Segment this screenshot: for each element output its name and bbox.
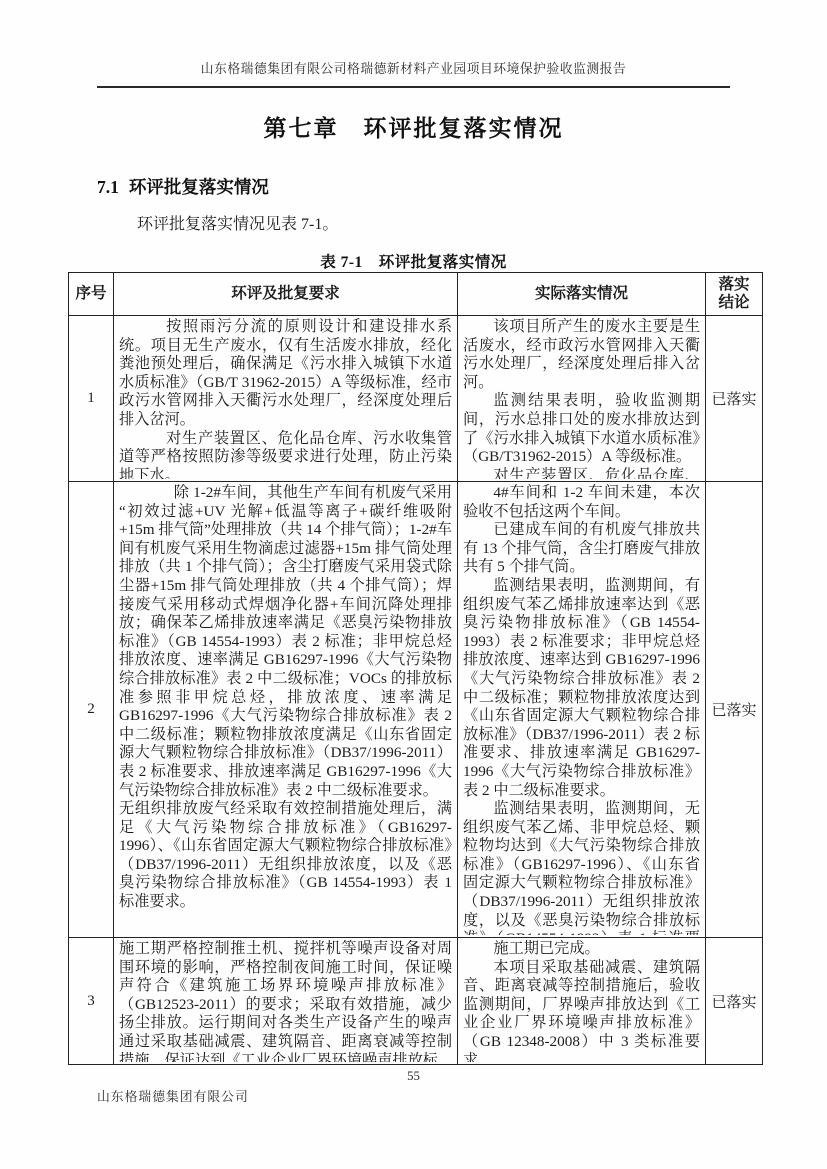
document-page: 山东格瑞德集团有限公司格瑞德新材料产业园项目环境保护验收监测报告 第七章 环评批…	[0, 0, 827, 1169]
paragraph: 按照雨污分流的原则设计和建设排水系统。项目无生产废水，仅有生活废水排放，经化粪池…	[119, 318, 452, 430]
paragraph: 该项目所产生的废水主要是生活废水，经市政污水管网排入天衢污水处理厂，经深度处理后…	[463, 318, 700, 392]
table-header-row: 序号 环评及批复要求 实际落实情况 落实结论	[69, 273, 763, 316]
row1-implementation: 该项目所产生的废水主要是生活废水，经市政污水管网排入天衢污水处理厂，经深度处理后…	[458, 316, 706, 482]
section-heading: 7.1环评批复落实情况	[97, 174, 269, 199]
paragraph: 除 1-2#车间，其他生产车间有机废气采用“初效过滤+UV 光解+低温等离子+碳…	[119, 484, 452, 800]
table-caption: 表 7-1 环评批复落实情况	[0, 250, 827, 272]
paragraph: 监测结果表明，验收监测期间，污水总排口处的废水排放达到了《污水排入城镇下水道水质…	[463, 392, 700, 466]
paragraph: 本项目采取基础减震、建筑隔音、距离衰减等控制措施后，验收监测期间，厂界噪声排放达…	[463, 959, 700, 1062]
row1-conclusion: 已落实	[706, 316, 763, 482]
paragraph: 对生产装置区、危化品仓库、污水收集管道等严格按照防渗等级要求进行处理，防止污染地…	[119, 430, 452, 479]
row2-implementation: 4#车间和 1-2 车间未建，本次验收不包括这两个车间。 已建成车间的有机废气排…	[458, 482, 706, 938]
table-row: 1 按照雨污分流的原则设计和建设排水系统。项目无生产废水，仅有生活废水排放，经化…	[69, 316, 763, 482]
paragraph: 已建成车间的有机废气排放共有 13 个排气筒，含尘打磨废气排放共有 5 个排气筒…	[463, 521, 700, 577]
row3-requirement: 施工期严格控制推土机、搅拌机等噪声设备对周围环境的影响，严格控制夜间施工时间，保…	[114, 938, 458, 1065]
paragraph: 无组织排放废气经采取有效控制措施处理后，满足《大气污染物综合排放标准》（GB16…	[119, 800, 452, 912]
paragraph: 施工期严格控制推土机、搅拌机等噪声设备对周围环境的影响，严格控制夜间施工时间，保…	[119, 940, 452, 1062]
paragraph: 施工期已完成。	[463, 940, 700, 959]
section-number: 7.1	[97, 177, 119, 197]
col-header-conclusion: 落实结论	[706, 273, 763, 316]
col-header-requirement: 环评及批复要求	[114, 273, 458, 316]
page-number: 55	[0, 1069, 827, 1084]
row3-implementation: 施工期已完成。 本项目采取基础减震、建筑隔音、距离衰减等控制措施后，验收监测期间…	[458, 938, 706, 1065]
paragraph: 监测结果表明，监测期间，无组织废气苯乙烯、非甲烷总烃、颗粒物均达到《大气污染物综…	[463, 800, 700, 935]
row2-conclusion: 已落实	[706, 482, 763, 938]
row1-requirement: 按照雨污分流的原则设计和建设排水系统。项目无生产废水，仅有生活废水排放，经化粪池…	[114, 316, 458, 482]
footer-company: 山东格瑞德集团有限公司	[97, 1086, 249, 1105]
table-row: 3 施工期严格控制推土机、搅拌机等噪声设备对周围环境的影响，严格控制夜间施工时间…	[69, 938, 763, 1065]
row2-seq: 2	[69, 482, 114, 938]
section-title: 环评批复落实情况	[129, 177, 269, 197]
compliance-table: 序号 环评及批复要求 实际落实情况 落实结论 1 按照雨污分流的原则设计和建设排…	[68, 272, 763, 1065]
intro-paragraph: 环评批复落实情况见表 7-1。	[137, 211, 338, 234]
row3-seq: 3	[69, 938, 114, 1065]
col-header-implementation: 实际落实情况	[458, 273, 706, 316]
row1-seq: 1	[69, 316, 114, 482]
col-header-seq: 序号	[69, 273, 114, 316]
running-header-text: 山东格瑞德集团有限公司格瑞德新材料产业园项目环境保护验收监测报告	[201, 62, 627, 76]
chapter-title: 第七章 环评批复落实情况	[0, 110, 827, 143]
paragraph: 4#车间和 1-2 车间未建，本次验收不包括这两个车间。	[463, 484, 700, 521]
running-header: 山东格瑞德集团有限公司格瑞德新材料产业园项目环境保护验收监测报告	[97, 58, 730, 88]
row3-conclusion: 已落实	[706, 938, 763, 1065]
table-row: 2 除 1-2#车间，其他生产车间有机废气采用“初效过滤+UV 光解+低温等离子…	[69, 482, 763, 938]
row2-requirement: 除 1-2#车间，其他生产车间有机废气采用“初效过滤+UV 光解+低温等离子+碳…	[114, 482, 458, 938]
paragraph: 对生产装置区、危化品仓库、污水收集管道等已做严格防渗。	[463, 467, 700, 479]
paragraph: 监测结果表明，监测期间，有组织废气苯乙烯排放速率达到《恶臭污染物排放标准》（GB…	[463, 577, 700, 800]
